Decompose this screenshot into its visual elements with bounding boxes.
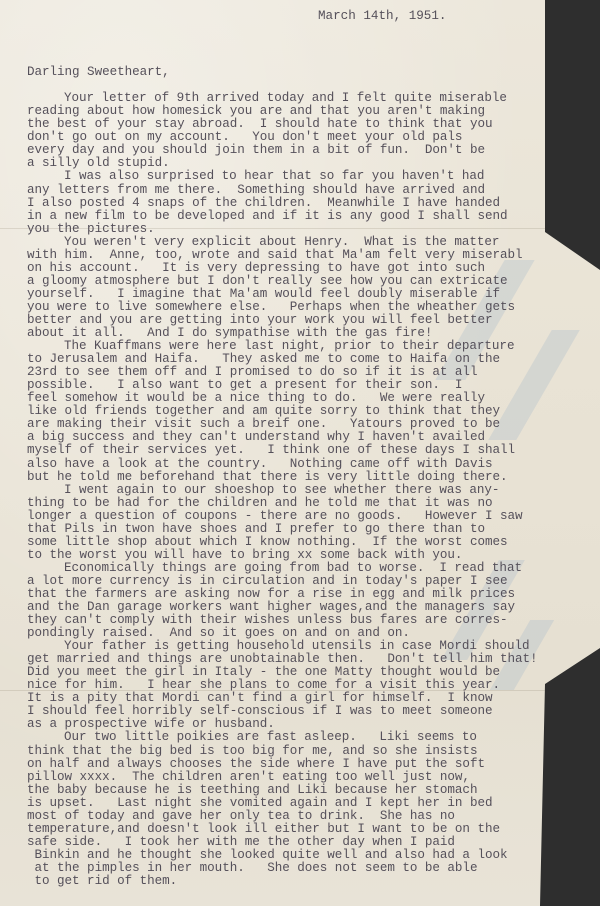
letter-line: to get rid of them. <box>27 875 547 888</box>
letter-line: thing to be had for the children and he … <box>27 497 547 510</box>
letter-line: in a new film to be developed and if it … <box>27 210 547 223</box>
letter-line: a lot more currency is in circulation an… <box>27 575 547 588</box>
letter-line: a gloomy atmosphere but I don't really s… <box>27 275 547 288</box>
letter-line: the baby because he is teething and Liki… <box>27 784 547 797</box>
letter-line: some little shop about which I know noth… <box>27 536 547 549</box>
letter-line: also have a look at the country. Nothing… <box>27 458 547 471</box>
letter-line: you the pictures. <box>27 223 547 236</box>
letter-line: that Pils in twon have shoes and I prefe… <box>27 523 547 536</box>
letter-line: You weren't very explicit about Henry. W… <box>27 236 547 249</box>
letter-line: to the worst you will have to bring xx s… <box>27 549 547 562</box>
letter-line: longer a question of coupons - there are… <box>27 510 547 523</box>
letter-line: pillow xxxx. The children aren't eating … <box>27 771 547 784</box>
letter-line: Our two little poikies are fast asleep. … <box>27 731 547 744</box>
letter-line: I went again to our shoeshop to see whet… <box>27 484 547 497</box>
letter-line: Binkin and he thought she looked quite w… <box>27 849 547 862</box>
letter-line: safe side. I took her with me the other … <box>27 836 547 849</box>
letter-line: on half and always chooses the side wher… <box>27 758 547 771</box>
letter-line: but he told me beforehand that there is … <box>27 471 547 484</box>
letter-line: on his account. It is very depressing to… <box>27 262 547 275</box>
letter-line: think that the big bed is too big for me… <box>27 745 547 758</box>
letter-line: Economically things are going from bad t… <box>27 562 547 575</box>
letter-line: temperature,and doesn't look ill either … <box>27 823 547 836</box>
letter-line: any letters from me there. Something sho… <box>27 184 547 197</box>
letter-line: with him. Anne, too, wrote and said that… <box>27 249 547 262</box>
letter-line: I also posted 4 snaps of the children. M… <box>27 197 547 210</box>
letter-line: most of today and gave her only tea to d… <box>27 810 547 823</box>
letter-line: is upset. Last night she vomited again a… <box>27 797 547 810</box>
salutation: Darling Sweetheart, <box>27 66 547 79</box>
letter-line: myself of their services yet. I think on… <box>27 444 547 457</box>
letter-date: March 14th, 1951. <box>318 9 446 23</box>
letter-line: I was also surprised to hear that so far… <box>27 170 547 183</box>
letter-line: yourself. I imagine that Ma'am would fee… <box>27 288 547 301</box>
letter-body: Darling Sweetheart, Your letter of 9th a… <box>27 40 547 888</box>
